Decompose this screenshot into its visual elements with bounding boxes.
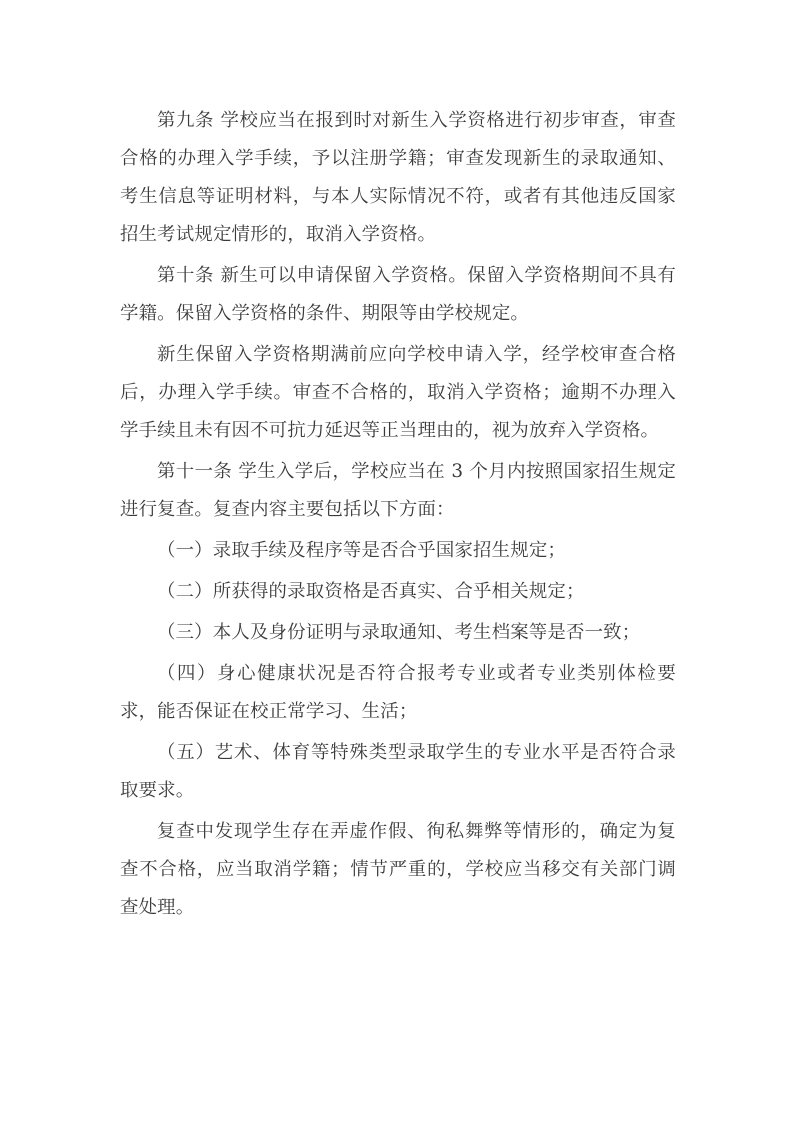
paragraph-article-11-conclusion: 复查中发现学生存在弄虚作假、徇私舞弊等情形的，确定为复查不合格，应当取消学籍；情… (120, 813, 676, 927)
list-item-5: （五）艺术、体育等特殊类型录取学生的专业水平是否符合录取要求。 (120, 734, 676, 810)
paragraph-article-10-continued: 新生保留入学资格期满前应向学校申请入学，经学校审查合格后，办理入学手续。审查不合… (120, 336, 676, 450)
paragraph-article-11: 第十一条 学生入学后，学校应当在 3 个月内按照国家招生规定进行复查。复查内容主… (120, 453, 676, 529)
document-page: 第九条 学校应当在报到时对新生入学资格进行初步审查，审查合格的办理入学手续，予以… (120, 102, 676, 927)
paragraph-article-10: 第十条 新生可以申请保留入学资格。保留入学资格期间不具有学籍。保留入学资格的条件… (120, 257, 676, 333)
paragraph-article-9: 第九条 学校应当在报到时对新生入学资格进行初步审查，审查合格的办理入学手续，予以… (120, 102, 676, 254)
list-item-1: （一）录取手续及程序等是否合乎国家招生规定； (120, 532, 676, 570)
list-item-2: （二）所获得的录取资格是否真实、合乎相关规定； (120, 573, 676, 611)
list-item-4: （四）身心健康状况是否符合报考专业或者专业类别体检要求，能否保证在校正常学习、生… (120, 655, 676, 731)
list-item-3: （三）本人及身份证明与录取通知、考生档案等是否一致； (120, 614, 676, 652)
